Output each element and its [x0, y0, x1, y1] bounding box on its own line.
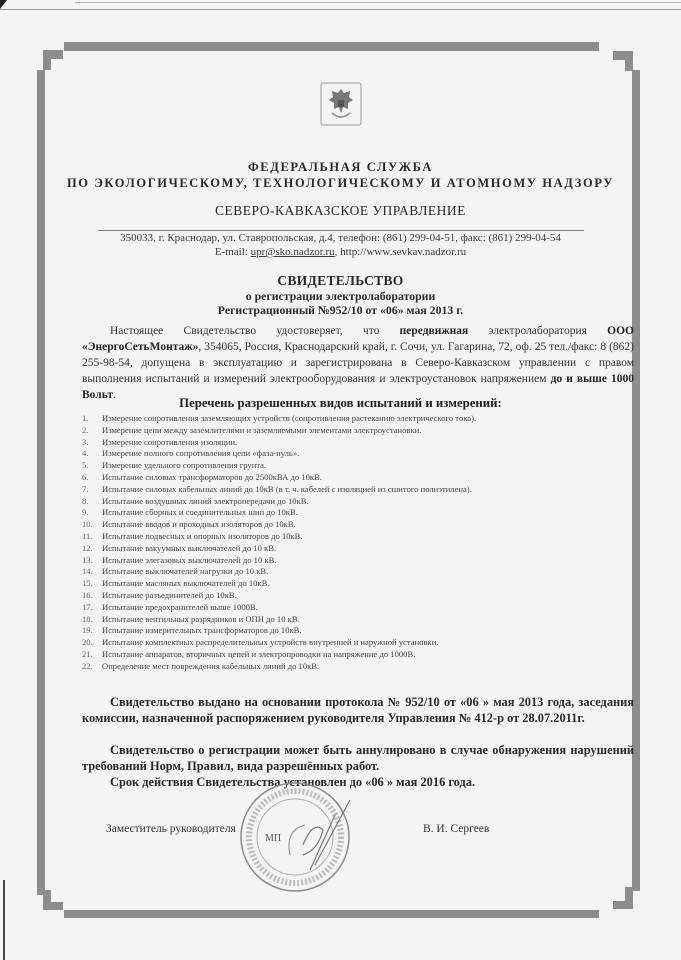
list-item: 4.Измерение полного сопротивления цепи «…	[82, 448, 622, 460]
list-item: 2.Измерение цепи между заземлителями и з…	[82, 425, 622, 437]
list-item-text: Измерение сопротивления изоляции.	[102, 437, 237, 449]
list-item: 18.Испытание вентильных разрядников и ОП…	[82, 614, 622, 626]
list-item-text: Испытание масляных выключателей до 10кВ.	[102, 578, 270, 590]
list-item: 11.Испытание подвесных и опорных изолято…	[82, 531, 622, 543]
list-item-number: 10.	[82, 519, 102, 531]
list-item-number: 22.	[82, 661, 102, 673]
list-heading: Перечень разрешенных видов испытаний и и…	[0, 396, 681, 411]
list-item-number: 18.	[82, 614, 102, 626]
list-item: 7.Испытание силовых кабельных линий до 1…	[82, 484, 622, 496]
list-item-text: Испытание комплектных распределительных …	[102, 637, 438, 649]
list-item-number: 15.	[82, 578, 102, 590]
list-item-number: 6.	[82, 472, 102, 484]
list-item-number: 1.	[82, 413, 102, 425]
list-item: 9.Испытание сборных и соединительных шин…	[82, 507, 622, 519]
list-item-number: 16.	[82, 590, 102, 602]
website-link[interactable]: http://www.sevkav.nadzor.ru	[340, 246, 466, 258]
certificate-document: ФЕДЕРАЛЬНАЯ СЛУЖБА ПО ЭКОЛОГИЧЕСКОМУ, ТЕ…	[0, 0, 681, 960]
department-name: СЕВЕРО-КАВКАЗСКОЕ УПРАВЛЕНИЕ	[0, 203, 681, 219]
list-item-number: 9.	[82, 507, 102, 519]
validity-paragraph: Срок действия Свидетельства установлен д…	[82, 774, 634, 790]
certificate-title: СВИДЕТЕЛЬСТВО	[0, 273, 681, 289]
list-item-number: 12.	[82, 543, 102, 555]
official-seal-icon	[235, 775, 355, 895]
list-item-text: Измерение удельного сопротивления грунта…	[102, 460, 266, 472]
list-item-text: Определение мест повреждения кабельных л…	[102, 661, 319, 673]
list-item-number: 20.	[82, 637, 102, 649]
russian-coat-of-arms-icon	[318, 81, 364, 127]
list-item: 6.Испытание силовых трансформаторов до 2…	[82, 472, 622, 484]
list-item-text: Испытание разъединителей до 10кВ.	[102, 590, 237, 602]
list-item-text: Измерение полного сопротивления цепи «фа…	[102, 448, 299, 460]
list-item-text: Измерение сопротивления заземляющих устр…	[102, 413, 476, 425]
annulment-paragraph: Свидетельство о регистрации может быть а…	[82, 742, 634, 774]
list-item-number: 4.	[82, 448, 102, 460]
permitted-tests-list: 1.Измерение сопротивления заземляющих ус…	[82, 413, 622, 673]
header-rule	[98, 230, 584, 231]
list-item-text: Испытание выключателей нагрузки до 10 кВ…	[102, 566, 268, 578]
list-item: 1.Измерение сопротивления заземляющих ус…	[82, 413, 622, 425]
list-item-text: Испытание вводов и проходных изоляторов …	[102, 519, 296, 531]
list-item-number: 14.	[82, 566, 102, 578]
agency-name-line2: ПО ЭКОЛОГИЧЕСКОМУ, ТЕХНОЛОГИЧЕСКОМУ И АТ…	[0, 176, 681, 191]
list-item: 14.Испытание выключателей нагрузки до 10…	[82, 566, 622, 578]
agency-name-line1: ФЕДЕРАЛЬНАЯ СЛУЖБА	[0, 160, 681, 175]
list-item-number: 19.	[82, 625, 102, 637]
certificate-subtitle: о регистрации электролаборатории	[0, 289, 681, 304]
intro-paragraph: Настоящее Свидетельство удостоверяет, чт…	[82, 323, 634, 403]
list-item-text: Испытание подвесных и опорных изоляторов…	[102, 531, 303, 543]
list-item-text: Испытание элегазовых выключателей до 10 …	[102, 555, 276, 567]
contacts: E-mail: upr@sko.nadzor.ru, http://www.se…	[0, 246, 681, 258]
list-item-text: Испытание сборных и соединительных шин д…	[102, 507, 298, 519]
email-label: E-mail:	[215, 246, 251, 258]
list-item: 20.Испытание комплектных распределительн…	[82, 637, 622, 649]
list-item-number: 2.	[82, 425, 102, 437]
list-item-text: Испытание силовых трансформаторов до 250…	[102, 472, 322, 484]
signatory-name: В. И. Сергеев	[423, 823, 489, 835]
list-item-text: Испытание силовых кабельных линий до 10к…	[102, 484, 472, 496]
list-item-number: 5.	[82, 460, 102, 472]
list-item-text: Испытание вакуумных выключателей до 10 к…	[102, 543, 276, 555]
list-item: 16.Испытание разъединителей до 10кВ.	[82, 590, 622, 602]
list-item-number: 13.	[82, 555, 102, 567]
list-item: 21.Испытание аппаратов, вторичных цепей …	[82, 649, 622, 661]
basis-paragraph: Свидетельство выдано на основании проток…	[82, 694, 634, 726]
list-item-text: Испытание аппаратов, вторичных цепей и э…	[102, 649, 415, 661]
address: 350033, г. Краснодар, ул. Ставропольская…	[0, 232, 681, 244]
signatory-position: Заместитель руководителя	[106, 823, 236, 835]
list-item: 10.Испытание вводов и проходных изолятор…	[82, 519, 622, 531]
list-item-text: Измерение цепи между заземлителями и заз…	[102, 425, 421, 437]
list-item-number: 11.	[82, 531, 102, 543]
list-item: 5.Измерение удельного сопротивления грун…	[82, 460, 622, 472]
list-item: 17.Испытание предохранителей выше 1000В.	[82, 602, 622, 614]
list-item-text: Испытание предохранителей выше 1000В.	[102, 602, 258, 614]
list-item: 12.Испытание вакуумных выключателей до 1…	[82, 543, 622, 555]
list-item: 22.Определение мест повреждения кабельны…	[82, 661, 622, 673]
list-item: 8.Испытание воздушных линий электроперед…	[82, 496, 622, 508]
list-item-text: Испытание воздушных линий электропередач…	[102, 496, 309, 508]
list-item-text: Испытание вентильных разрядников и ОПН д…	[102, 614, 300, 626]
list-item: 3.Измерение сопротивления изоляции.	[82, 437, 622, 449]
list-item-number: 3.	[82, 437, 102, 449]
list-item: 19.Испытание измерительных трансформатор…	[82, 625, 622, 637]
list-item-number: 21.	[82, 649, 102, 661]
stamp-label: МП	[265, 833, 281, 844]
list-item-number: 8.	[82, 496, 102, 508]
email-link[interactable]: upr@sko.nadzor.ru	[251, 246, 335, 258]
list-item-number: 7.	[82, 484, 102, 496]
list-item-number: 17.	[82, 602, 102, 614]
list-item-text: Испытание измерительных трансформаторов …	[102, 625, 302, 637]
list-item: 13.Испытание элегазовых выключателей до …	[82, 555, 622, 567]
list-item: 15.Испытание масляных выключателей до 10…	[82, 578, 622, 590]
registration-number: Регистрационный №952/10 от «06» мая 2013…	[0, 303, 681, 318]
